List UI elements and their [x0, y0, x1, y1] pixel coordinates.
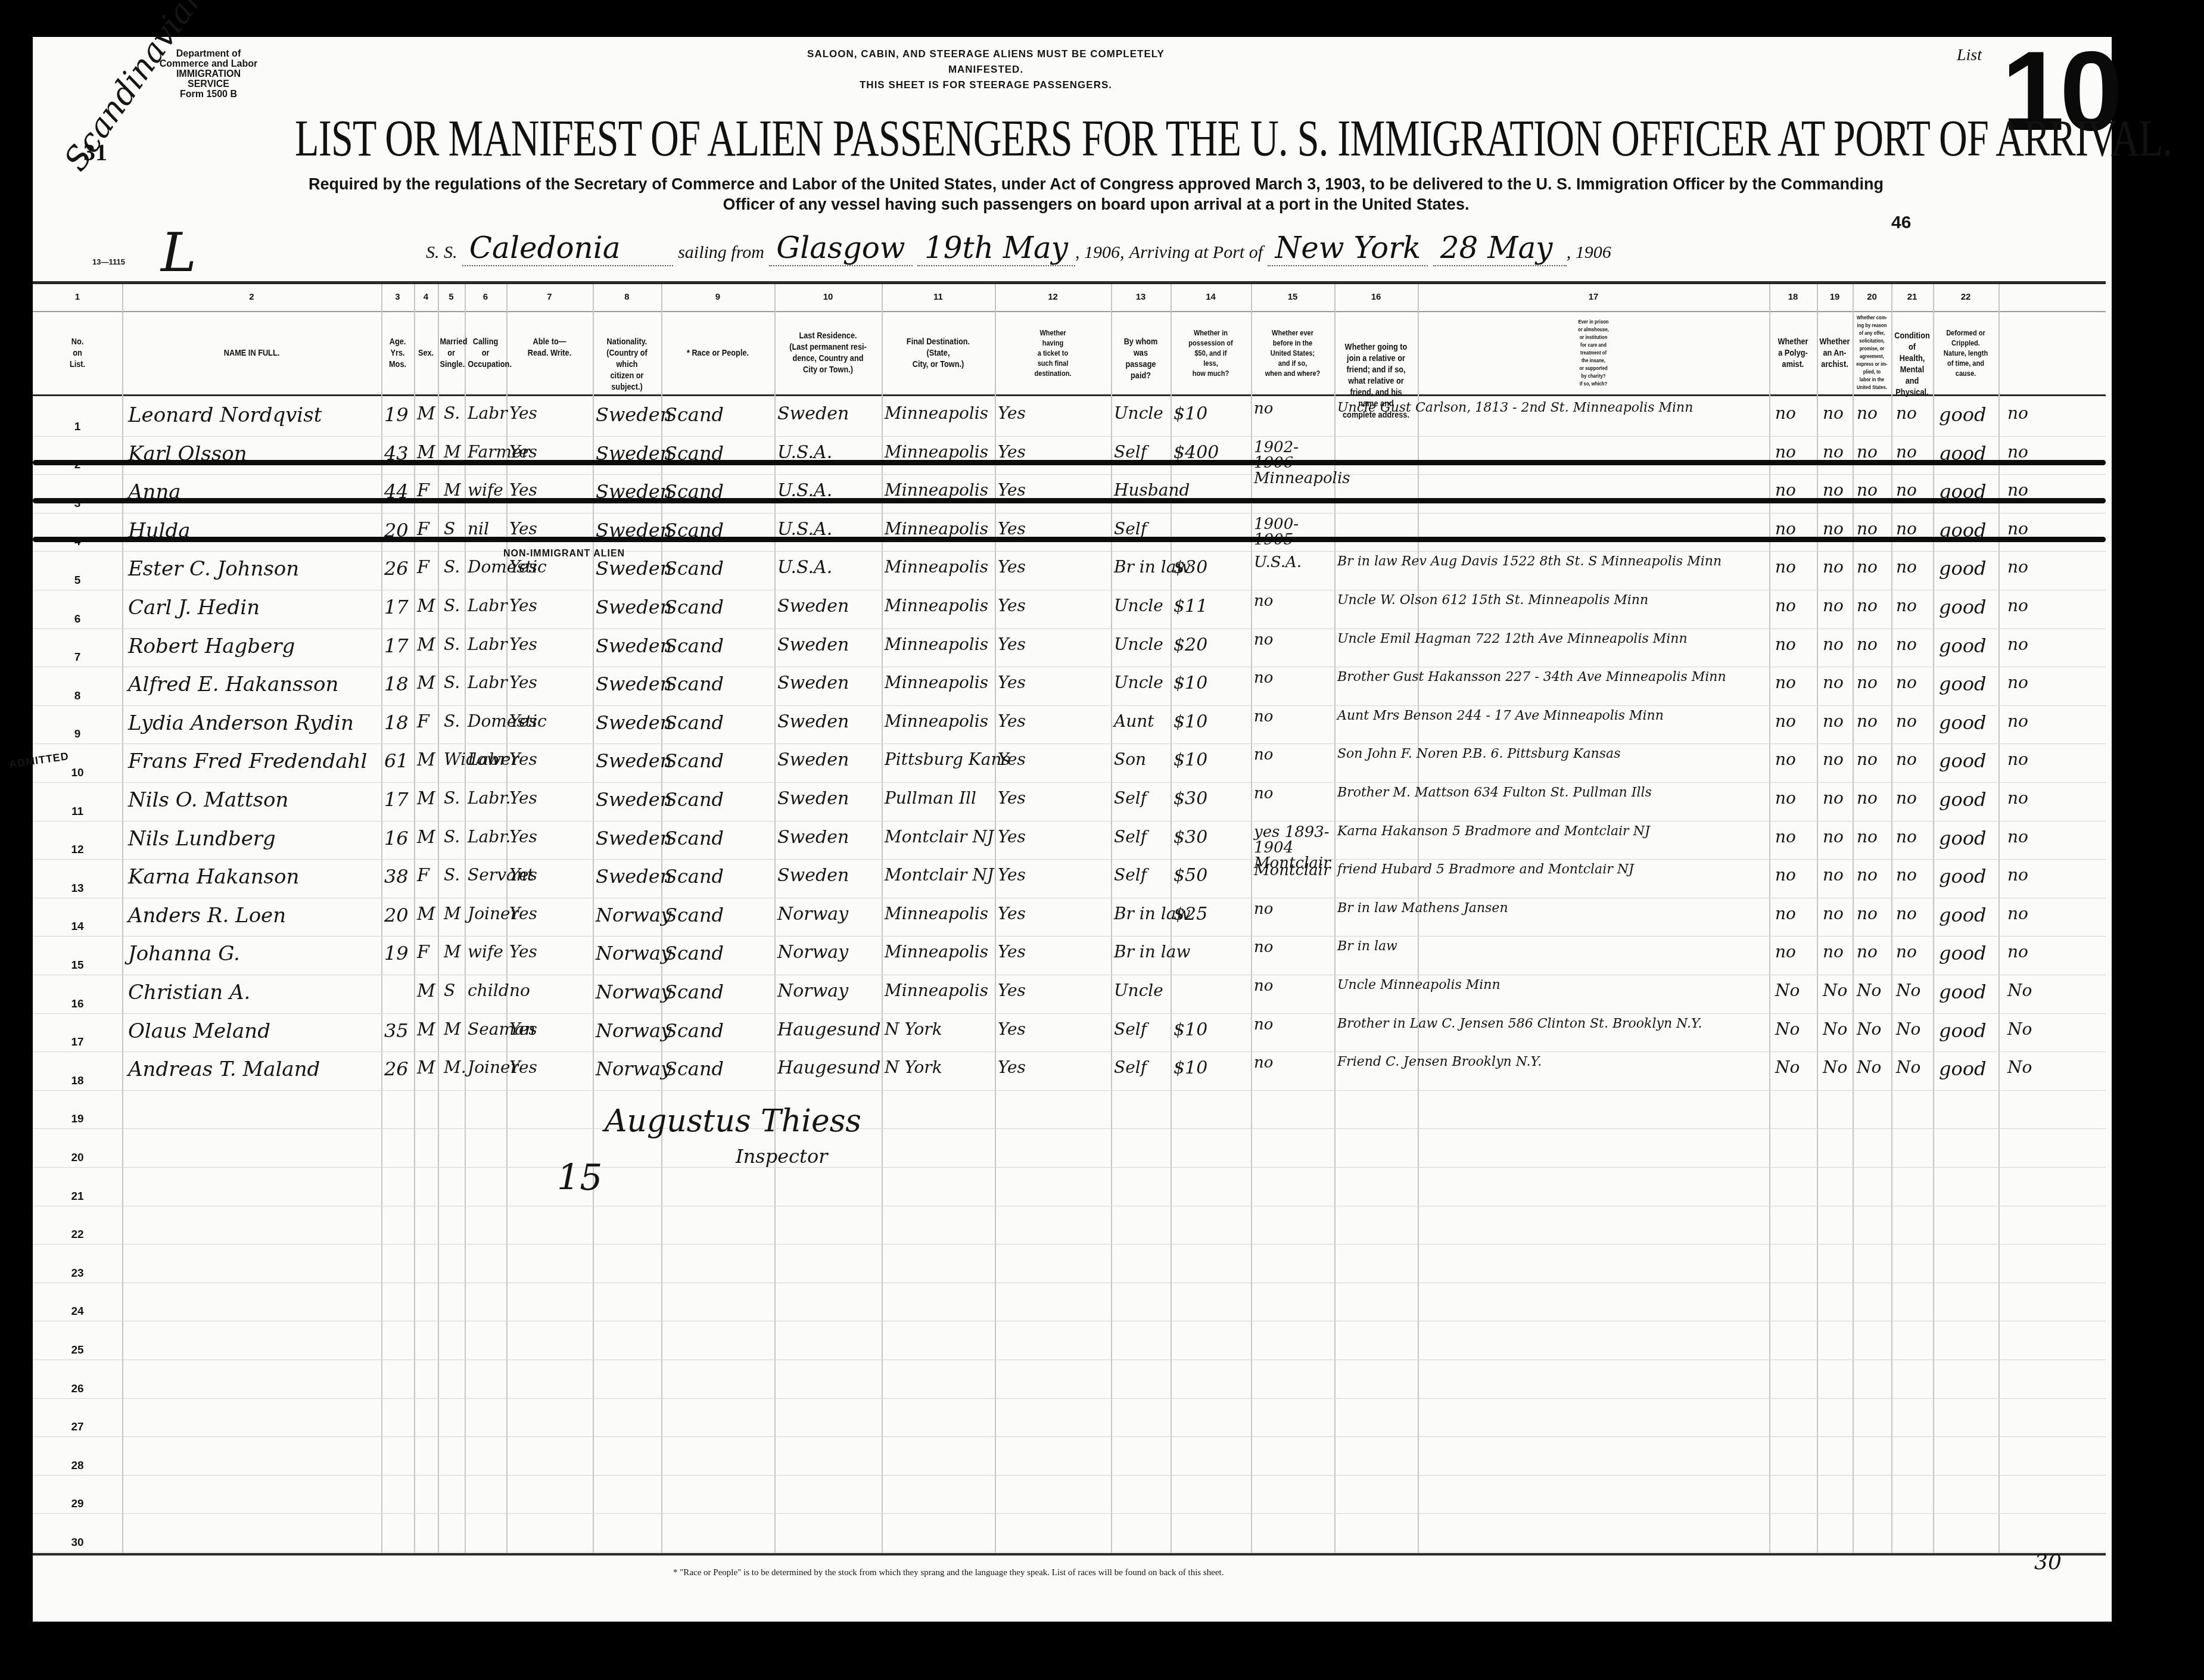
cell-prison: no [1775, 788, 1796, 808]
cell-race: Scand [664, 788, 724, 811]
cell-before-us: no [1254, 901, 1337, 917]
cell-contract: no [1896, 942, 1917, 962]
cell-ticket: Yes [998, 403, 1026, 423]
cell-money: $11 [1173, 596, 1207, 617]
cell-prison: No [1775, 1057, 1800, 1077]
cell-destination: N York [885, 1057, 942, 1077]
cell-destination: Minneapolis [885, 596, 988, 615]
cell-destination: Minneapolis [885, 711, 988, 731]
row-number: 22 [66, 1228, 89, 1242]
cell-married: S. [444, 557, 460, 577]
column-header-10: Last Residence.(Last permanent resi-denc… [783, 330, 874, 375]
cell-paid-by: Husband [1114, 480, 1190, 500]
cell-read-write: Yes [509, 749, 537, 769]
cell-occupation: Labr [468, 749, 508, 769]
cell-before-us: no [1254, 939, 1337, 955]
cell-married: M. [444, 1057, 466, 1077]
cell-ticket: Yes [998, 827, 1026, 847]
column-header-21: Condition ofHealth,Mental andPhysical. [1894, 330, 1930, 398]
column-number-1: 1 [33, 292, 122, 302]
cell-health: good [1939, 711, 1987, 734]
cell-polygamist: no [1823, 634, 1844, 654]
regulation-text: Required by the regulations of the Secre… [158, 174, 2034, 214]
cell-nationality: Sweden [596, 711, 672, 734]
cell-deformed: no [2007, 942, 2028, 962]
cell-deformed: no [2007, 480, 2028, 500]
cell-nationality: Sweden [596, 788, 672, 811]
cell-money: $50 [1173, 865, 1207, 886]
cell-deformed: no [2007, 904, 2028, 923]
cell-race: Scand [664, 865, 724, 888]
page-title: LIST OR MANIFEST OF ALIEN PASSENGERS FOR… [295, 108, 2172, 168]
cell-sex: F [417, 711, 429, 732]
cell-read-write: Yes [509, 442, 537, 462]
cell-anarchist: no [1857, 749, 1878, 769]
cell-prison: No [1775, 981, 1800, 1000]
cell-name: Lydia Anderson Rydin [128, 711, 354, 735]
cell-prison: no [1775, 673, 1796, 692]
cell-money: $10 [1173, 1057, 1207, 1078]
arrival-port: New York [1268, 231, 1428, 266]
cell-paid-by: Self [1114, 788, 1147, 808]
cell-anarchist: no [1857, 942, 1878, 962]
cell-relative: Aunt Mrs Benson 244 - 17 Ave Minneapolis… [1337, 708, 1766, 724]
cell-contract: No [1896, 981, 1920, 1000]
list-label: List [1957, 46, 1982, 65]
cell-deformed: no [2007, 711, 2028, 731]
cell-polygamist: no [1823, 596, 1844, 615]
cell-race: Scand [664, 403, 724, 426]
cell-read-write: Yes [509, 1057, 537, 1077]
cell-deformed: no [2007, 634, 2028, 654]
row-rule [33, 1398, 2106, 1399]
cell-before-us: no [1254, 670, 1337, 686]
table-row: Frans Fred Fredendahl61MWidowerLabrYesSw… [33, 743, 2106, 782]
cell-last-residence: Sweden [777, 788, 849, 809]
column-header-17: Ever in prisonor almshouse,or institutio… [1444, 318, 1743, 388]
cell-read-write: Yes [509, 904, 537, 923]
table-row: Alfred E. Hakansson18MS.LabrYesSwedenSca… [33, 667, 2106, 705]
cell-name: Carl J. Hedin [128, 596, 260, 620]
cell-prison: no [1775, 442, 1796, 462]
cell-ticket: Yes [998, 1057, 1026, 1077]
cell-race: Scand [664, 1057, 724, 1080]
table-row: Olaus Meland35MMSeamanYesNorwayScandHaug… [33, 1013, 2106, 1052]
cell-race: Scand [664, 904, 724, 926]
table-row: Nils O. Mattson17MS.Labr.YesSwedenScandS… [33, 782, 2106, 821]
cell-relative: Brother M. Mattson 634 Fulton St. Pullma… [1337, 785, 1766, 801]
cell-health: good [1939, 904, 1987, 926]
row-number: 28 [66, 1460, 89, 1473]
cell-polygamist: no [1823, 942, 1844, 962]
cell-name: Frans Fred Fredendahl [128, 749, 367, 773]
cell-contract: no [1896, 519, 1917, 539]
cell-ticket: Yes [998, 634, 1026, 654]
cell-paid-by: Br in law [1114, 942, 1190, 962]
row-rule [33, 1552, 2106, 1553]
cell-contract: no [1896, 480, 1917, 500]
column-number-6: 6 [465, 292, 506, 302]
cell-sex: M [417, 403, 435, 424]
cell-age: 17 [384, 596, 409, 618]
cell-polygamist: No [1823, 981, 1847, 1000]
cell-anarchist: no [1857, 865, 1878, 885]
column-number-15: 15 [1251, 292, 1334, 302]
cell-last-residence: Haugesund [777, 1019, 881, 1040]
cell-name: Anders R. Loen [128, 904, 286, 928]
cell-prison: no [1775, 749, 1796, 769]
cell-ticket: Yes [998, 596, 1026, 615]
cell-occupation: Labr [468, 673, 508, 692]
manifest-sheet: Department of Commerce and Labor IMMIGRA… [33, 37, 2112, 1622]
column-number-18: 18 [1769, 292, 1817, 302]
cell-sex: M [417, 981, 435, 1001]
cell-contract: no [1896, 865, 1917, 885]
cell-prison: no [1775, 942, 1796, 962]
strike-through-line [33, 498, 2106, 503]
cell-relative: Uncle W. Olson 612 15th St. Minneapolis … [1337, 592, 1766, 609]
cell-occupation: Labr [468, 596, 508, 615]
column-header-2: NAME IN FULL. [142, 347, 362, 359]
table-row: Leonard Nordqvist19MS.LabrYesSwedenScand… [33, 397, 2106, 436]
table-bottom-rule [33, 1553, 2106, 1555]
column-number-4: 4 [414, 292, 438, 302]
cell-occupation: Labr [468, 634, 508, 654]
cell-polygamist: no [1823, 519, 1844, 539]
cell-prison: no [1775, 557, 1796, 577]
cell-married: S. [444, 596, 460, 615]
table-row: Robert Hagberg17MS.LabrYesSwedenScandSwe… [33, 629, 2106, 667]
cell-sex: M [417, 904, 435, 925]
cell-race: Scand [664, 596, 724, 618]
cell-before-us: no [1254, 978, 1337, 994]
column-number-22: 22 [1933, 292, 1998, 302]
cell-anarchist: no [1857, 827, 1878, 847]
ship-name: Caledonia [462, 231, 673, 266]
row-rule [33, 1513, 2106, 1514]
cell-prison: no [1775, 865, 1796, 885]
cell-nationality: Norway [596, 981, 671, 1003]
cell-last-residence: Norway [777, 942, 848, 963]
cell-paid-by: Uncle [1114, 673, 1163, 692]
cell-paid-by: Son [1114, 749, 1146, 769]
cell-relative: friend Hubard 5 Bradmore and Montclair N… [1337, 861, 1766, 878]
cell-health: good [1939, 749, 1987, 772]
cell-relative: Br in law Rev Aug Davis 1522 8th St. S M… [1337, 553, 1766, 570]
cell-name: Olaus Meland [128, 1019, 270, 1043]
cell-relative: Friend C. Jensen Brooklyn N.Y. [1337, 1054, 1766, 1071]
cell-read-write: Yes [509, 788, 537, 808]
form-code: 13—1115 [92, 257, 125, 266]
cell-prison: no [1775, 403, 1796, 423]
cell-deformed: no [2007, 403, 2028, 423]
cell-before-us: no [1254, 593, 1337, 609]
cell-sex: M [417, 749, 435, 770]
cell-destination: Minneapolis [885, 519, 988, 539]
cell-age: 26 [384, 1057, 409, 1080]
table-row: Anna44FMwifeYesSwedenScandU.S.A.Minneapo… [33, 474, 2106, 513]
column-header-1: No.onList. [39, 336, 116, 370]
cell-name: Alfred E. Hakansson [128, 673, 338, 696]
cell-prison: no [1775, 634, 1796, 654]
table-row: Karl Olsson43MMFarmerYesSwedenScandU.S.A… [33, 436, 2106, 475]
cell-destination: Pittsburg Kans [885, 749, 1010, 769]
cell-occupation: child [468, 981, 509, 1000]
cell-race: Scand [664, 673, 724, 695]
cell-destination: Minneapolis [885, 634, 988, 654]
cell-prison: no [1775, 480, 1796, 500]
cell-contract: no [1896, 827, 1917, 847]
cell-age: 61 [384, 749, 409, 772]
cell-age: 19 [384, 403, 409, 426]
cell-last-residence: Sweden [777, 827, 849, 848]
cell-polygamist: no [1823, 711, 1844, 731]
stamp-non-immigrant-alien: NON-IMMIGRANT ALIEN [503, 549, 625, 559]
cell-contract: No [1896, 1019, 1920, 1039]
cell-married: S [444, 981, 455, 1000]
cell-race: Scand [664, 827, 724, 850]
cell-health: good [1939, 942, 1987, 965]
cell-destination: Minneapolis [885, 673, 988, 692]
cell-deformed: no [2007, 442, 2028, 462]
cell-ticket: Yes [998, 981, 1026, 1000]
cell-contract: no [1896, 557, 1917, 577]
cell-polygamist: no [1823, 788, 1844, 808]
cell-contract: no [1896, 442, 1917, 462]
cell-age: 18 [384, 673, 409, 695]
column-header-4: Sex. [416, 347, 436, 359]
cell-paid-by: Uncle [1114, 981, 1163, 1000]
cell-destination: Minneapolis [885, 904, 988, 923]
cell-destination: N York [885, 1019, 942, 1039]
cell-anarchist: no [1857, 596, 1878, 615]
cell-occupation: Labr. [468, 827, 510, 847]
column-header-18: Whethera Polyg-amist. [1773, 336, 1813, 370]
cell-before-us: U.S.A. [1254, 555, 1337, 570]
cell-age: 38 [384, 865, 409, 888]
cell-read-write: no [509, 981, 530, 1000]
cell-nationality: Sweden [596, 634, 672, 657]
column-number-3: 3 [381, 292, 414, 302]
cell-read-write: Yes [509, 673, 537, 692]
cell-contract: no [1896, 749, 1917, 769]
cell-read-write: Yes [509, 1019, 537, 1039]
cell-health: good [1939, 827, 1987, 850]
cell-occupation: wife [468, 480, 503, 500]
cell-before-us: no [1254, 632, 1337, 648]
cell-nationality: Sweden [596, 749, 672, 772]
cell-money: $10 [1173, 403, 1207, 424]
column-header-5: MarriedorSingle. [440, 336, 462, 370]
steerage-notice: SALOON, CABIN, AND STEERAGE ALIENS MUST … [771, 46, 1200, 93]
cell-before-us: no [1254, 1017, 1337, 1032]
table-row: Christian A.MSchildnoNorwayScandNorwayMi… [33, 975, 2106, 1013]
cell-relative: Br in law [1337, 938, 1766, 955]
cell-relative: Uncle Minneapolis Minn [1337, 977, 1766, 994]
cell-relative: Br in law Mathens Jansen [1337, 900, 1766, 917]
row-number: 29 [66, 1498, 89, 1511]
cell-before-us: Montclair [1254, 863, 1337, 878]
cell-health: good [1939, 1019, 1987, 1042]
cell-sex: M [417, 1019, 435, 1040]
tally-mark: 15 [557, 1157, 602, 1199]
cell-health: good [1939, 557, 1987, 580]
cell-ticket: Yes [998, 480, 1026, 500]
cell-married: S. [444, 634, 460, 654]
cell-married: S. [444, 788, 460, 808]
column-number-5: 5 [438, 292, 465, 302]
cell-married: S. [444, 673, 460, 692]
cell-paid-by: Uncle [1114, 403, 1163, 423]
column-header-3: Age.Yrs. Mos. [384, 336, 412, 370]
cell-last-residence: Norway [777, 981, 848, 1001]
cell-race: Scand [664, 557, 724, 580]
row-rule [33, 1244, 2106, 1245]
cell-anarchist: no [1857, 557, 1878, 577]
cell-polygamist: no [1823, 403, 1844, 423]
cell-age: 19 [384, 942, 409, 965]
table-row: Karna Hakanson38FS.ServantYesSwedenScand… [33, 859, 2106, 898]
cell-before-us: no [1254, 1055, 1337, 1071]
row-number: 26 [66, 1383, 89, 1396]
cell-last-residence: Sweden [777, 673, 849, 693]
row-rule [33, 1321, 2106, 1321]
row-rule [33, 1206, 2106, 1206]
cell-name: Andreas T. Maland [128, 1057, 320, 1081]
cell-nationality: Sweden [596, 827, 672, 850]
cell-anarchist: no [1857, 403, 1878, 423]
column-header-9: * Race or People. [670, 347, 766, 359]
cell-ticket: Yes [998, 711, 1026, 731]
letter-mark: L [161, 222, 197, 284]
arrival-date: 28 May [1433, 231, 1567, 266]
cell-relative: Karna Hakanson 5 Bradmore and Montclair … [1337, 823, 1766, 840]
column-number-19: 19 [1817, 292, 1853, 302]
cell-read-write: Yes [509, 403, 537, 423]
sailing-from: Glasgow [769, 231, 912, 266]
table-top-rule [33, 281, 2106, 284]
cell-relative: Uncle Gust Carlson, 1813 - 2nd St. Minne… [1337, 400, 1766, 416]
column-header-22: Deformed orCrippled.Nature, lengthof tim… [1938, 328, 1994, 378]
cell-prison: no [1775, 711, 1796, 731]
cell-before-us: no [1254, 786, 1337, 801]
cell-occupation: nil [468, 519, 489, 539]
cell-married: M [444, 442, 461, 462]
cell-destination: Minneapolis [885, 942, 988, 962]
cell-destination: Minneapolis [885, 480, 988, 500]
cell-relative: Brother in Law C. Jensen 586 Clinton St.… [1337, 1016, 1766, 1032]
column-number-12: 12 [995, 292, 1111, 302]
cell-nationality: Norway [596, 1019, 671, 1042]
row-number: 25 [66, 1344, 89, 1357]
cell-ticket: Yes [998, 942, 1026, 962]
cell-sex: F [417, 865, 429, 886]
cell-ticket: Yes [998, 442, 1026, 462]
cell-money: $30 [1173, 557, 1207, 578]
cell-name: Nils Lundberg [128, 827, 276, 851]
cell-prison: no [1775, 596, 1796, 615]
cell-health: good [1939, 634, 1987, 657]
cell-last-residence: Sweden [777, 749, 849, 770]
cell-race: Scand [664, 981, 724, 1003]
cell-married: M [444, 480, 461, 500]
row-number: 24 [66, 1305, 89, 1318]
cell-money: $20 [1173, 634, 1207, 655]
cell-name: Nils O. Mattson [128, 788, 288, 812]
cell-contract: no [1896, 634, 1917, 654]
cell-married: S. [444, 865, 460, 885]
inspector-title: Inspector [736, 1145, 827, 1168]
column-number-7: 7 [506, 292, 593, 302]
table-row: Carl J. Hedin17MS.LabrYesSwedenScandSwed… [33, 590, 2106, 629]
cell-money: $25 [1173, 904, 1207, 925]
cell-read-write: Yes [509, 711, 537, 731]
cell-destination: Minneapolis [885, 403, 988, 423]
cell-contract: No [1896, 1057, 1920, 1077]
row-rule [33, 1475, 2106, 1476]
cell-sex: M [417, 596, 435, 617]
cell-name: Leonard Nordqvist [128, 403, 322, 427]
cell-ticket: Yes [998, 865, 1026, 885]
cell-last-residence: Sweden [777, 634, 849, 655]
column-number-17: 17 [1418, 292, 1769, 302]
cell-health: good [1939, 981, 1987, 1003]
column-number-20: 20 [1853, 292, 1891, 302]
cell-last-residence: Haugesund [777, 1057, 881, 1078]
cell-anarchist: No [1857, 1057, 1881, 1077]
cell-deformed: no [2007, 788, 2028, 808]
cell-anarchist: no [1857, 480, 1878, 500]
cell-prison: no [1775, 827, 1796, 847]
cell-money: $10 [1173, 673, 1207, 693]
column-header-13: By whomwaspassage paid? [1116, 336, 1166, 381]
cell-sex: M [417, 827, 435, 848]
cell-contract: no [1896, 904, 1917, 923]
cell-nationality: Sweden [596, 403, 672, 426]
cell-contract: no [1896, 673, 1917, 692]
page-mark: 30 [2034, 1550, 2062, 1575]
column-header-6: CallingorOccupation. [468, 336, 503, 370]
cell-paid-by: Self [1114, 442, 1147, 462]
cell-age: 26 [384, 557, 409, 580]
column-header-12: Whetherhavinga ticket tosuch finaldestin… [1004, 328, 1103, 378]
cell-age: 16 [384, 827, 409, 850]
cell-before-us: 1900-1905 [1254, 517, 1337, 547]
cell-deformed: no [2007, 519, 2028, 539]
cell-deformed: No [2007, 981, 2032, 1000]
cell-read-write: Yes [509, 827, 537, 847]
cell-ticket: Yes [998, 557, 1026, 577]
cell-paid-by: Self [1114, 1057, 1147, 1077]
cell-polygamist: no [1823, 557, 1844, 577]
row-rule [33, 1128, 2106, 1129]
cell-destination: Minneapolis [885, 981, 988, 1000]
column-number-10: 10 [774, 292, 882, 302]
strike-through-line [33, 537, 2106, 542]
cell-sex: M [417, 634, 435, 655]
cell-destination: Minneapolis [885, 442, 988, 462]
table-row: Andreas T. Maland26MM.JoinerYesNorwaySca… [33, 1051, 2106, 1090]
cell-paid-by: Aunt [1114, 711, 1154, 731]
cell-money: $30 [1173, 827, 1207, 848]
cell-polygamist: no [1823, 442, 1844, 462]
cell-polygamist: No [1823, 1019, 1847, 1039]
stamp-admitted: ADMITTED [8, 750, 70, 771]
column-header-7: Able to—Read. Write. [513, 336, 586, 359]
cell-sex: F [417, 942, 429, 963]
cell-polygamist: no [1823, 827, 1844, 847]
cell-polygamist: no [1823, 749, 1844, 769]
